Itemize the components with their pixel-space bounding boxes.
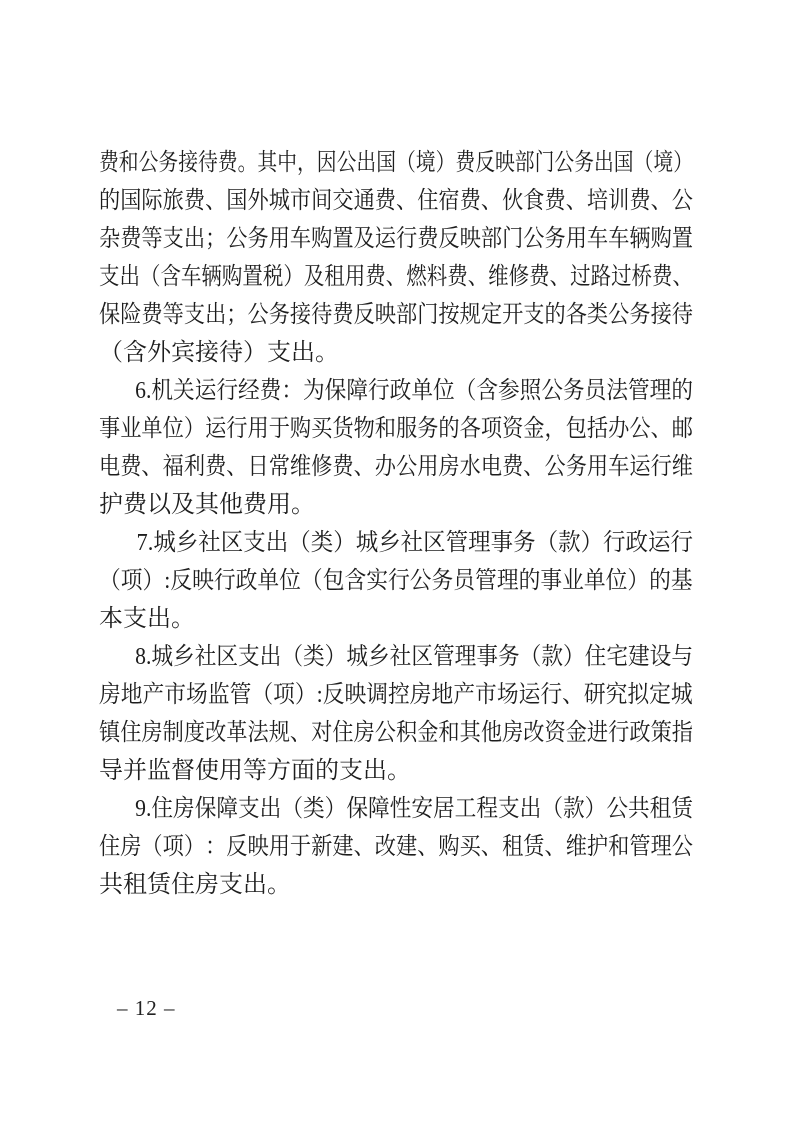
text-line: 8.城乡社区支出（类）城乡社区管理事务（款）住宅建设与 — [99, 638, 635, 676]
document-page: 费和公务接待费。其中，因公出国（境）费反映部门公务出国（境） 的国际旅费、国外城… — [0, 0, 793, 1122]
text-line: 的国际旅费、国外城市间交通费、住宿费、伙食费、培训费、公 — [99, 182, 624, 220]
text-line: 支出（含车辆购置税）及租用费、燃料费、维修费、过路过桥费、 — [99, 258, 606, 296]
paragraph-item-8-housing-real-estate-regulation: 8.城乡社区支出（类）城乡社区管理事务（款）住宅建设与 房地产市场监管（项）:反… — [99, 638, 693, 790]
text-line: 护费以及其他费用。 — [99, 486, 693, 524]
page-number: – 12 – — [117, 994, 176, 1022]
text-line: 事业单位）运行用于购买货物和服务的各项资金，包括办公、邮 — [99, 410, 624, 448]
paragraph-item-6-agency-operating-expenses: 6.机关运行经费：为保障行政单位（含参照公务员法管理的 事业单位）运行用于购买货… — [99, 372, 693, 524]
text-line: 本支出。 — [99, 600, 693, 638]
text-line: 保险费等支出；公务接待费反映部门按规定开支的各类公务接待 — [99, 296, 624, 334]
text-line: 镇住房制度改革法规、对住房公积金和其他房改资金进行政策指 — [99, 714, 624, 752]
text-line: （项）:反映行政单位（包含实行公务员管理的事业单位）的基 — [99, 562, 638, 600]
text-line: 房地产市场监管（项）:反映调控房地产市场运行、研究拟定城 — [99, 676, 638, 714]
text-line: 9.住房保障支出（类）保障性安居工程支出（款）公共租赁 — [99, 790, 635, 828]
text-line: 杂费等支出；公务用车购置及运行费反映部门公务用车车辆购置 — [99, 220, 624, 258]
text-line: 共租赁住房支出。 — [99, 866, 693, 904]
paragraph-item-7-urban-rural-community-admin: 7.城乡社区支出（类）城乡社区管理事务（款）行政运行 （项）:反映行政单位（包含… — [99, 524, 693, 638]
text-line: 导并监督使用等方面的支出。 — [99, 752, 693, 790]
paragraph-continuation-three-public-expenses: 费和公务接待费。其中，因公出国（境）费反映部门公务出国（境） 的国际旅费、国外城… — [99, 144, 693, 372]
paragraph-item-9-public-rental-housing: 9.住房保障支出（类）保障性安居工程支出（款）公共租赁 住房（项）：反映用于新建… — [99, 790, 693, 904]
text-line: 6.机关运行经费：为保障行政单位（含参照公务员法管理的 — [99, 372, 635, 410]
text-line: 住房（项）：反映用于新建、改建、购买、租赁、维护和管理公 — [99, 828, 624, 866]
text-line: （含外宾接待）支出。 — [99, 334, 693, 372]
text-line: 费和公务接待费。其中，因公出国（境）费反映部门公务出国（境） — [99, 144, 589, 182]
text-line: 7.城乡社区支出（类）城乡社区管理事务（款）行政运行 — [99, 524, 656, 562]
text-line: 电费、福利费、日常维修费、办公用房水电费、公务用车运行维 — [99, 448, 624, 486]
text-block: 费和公务接待费。其中，因公出国（境）费反映部门公务出国（境） 的国际旅费、国外城… — [99, 144, 693, 904]
